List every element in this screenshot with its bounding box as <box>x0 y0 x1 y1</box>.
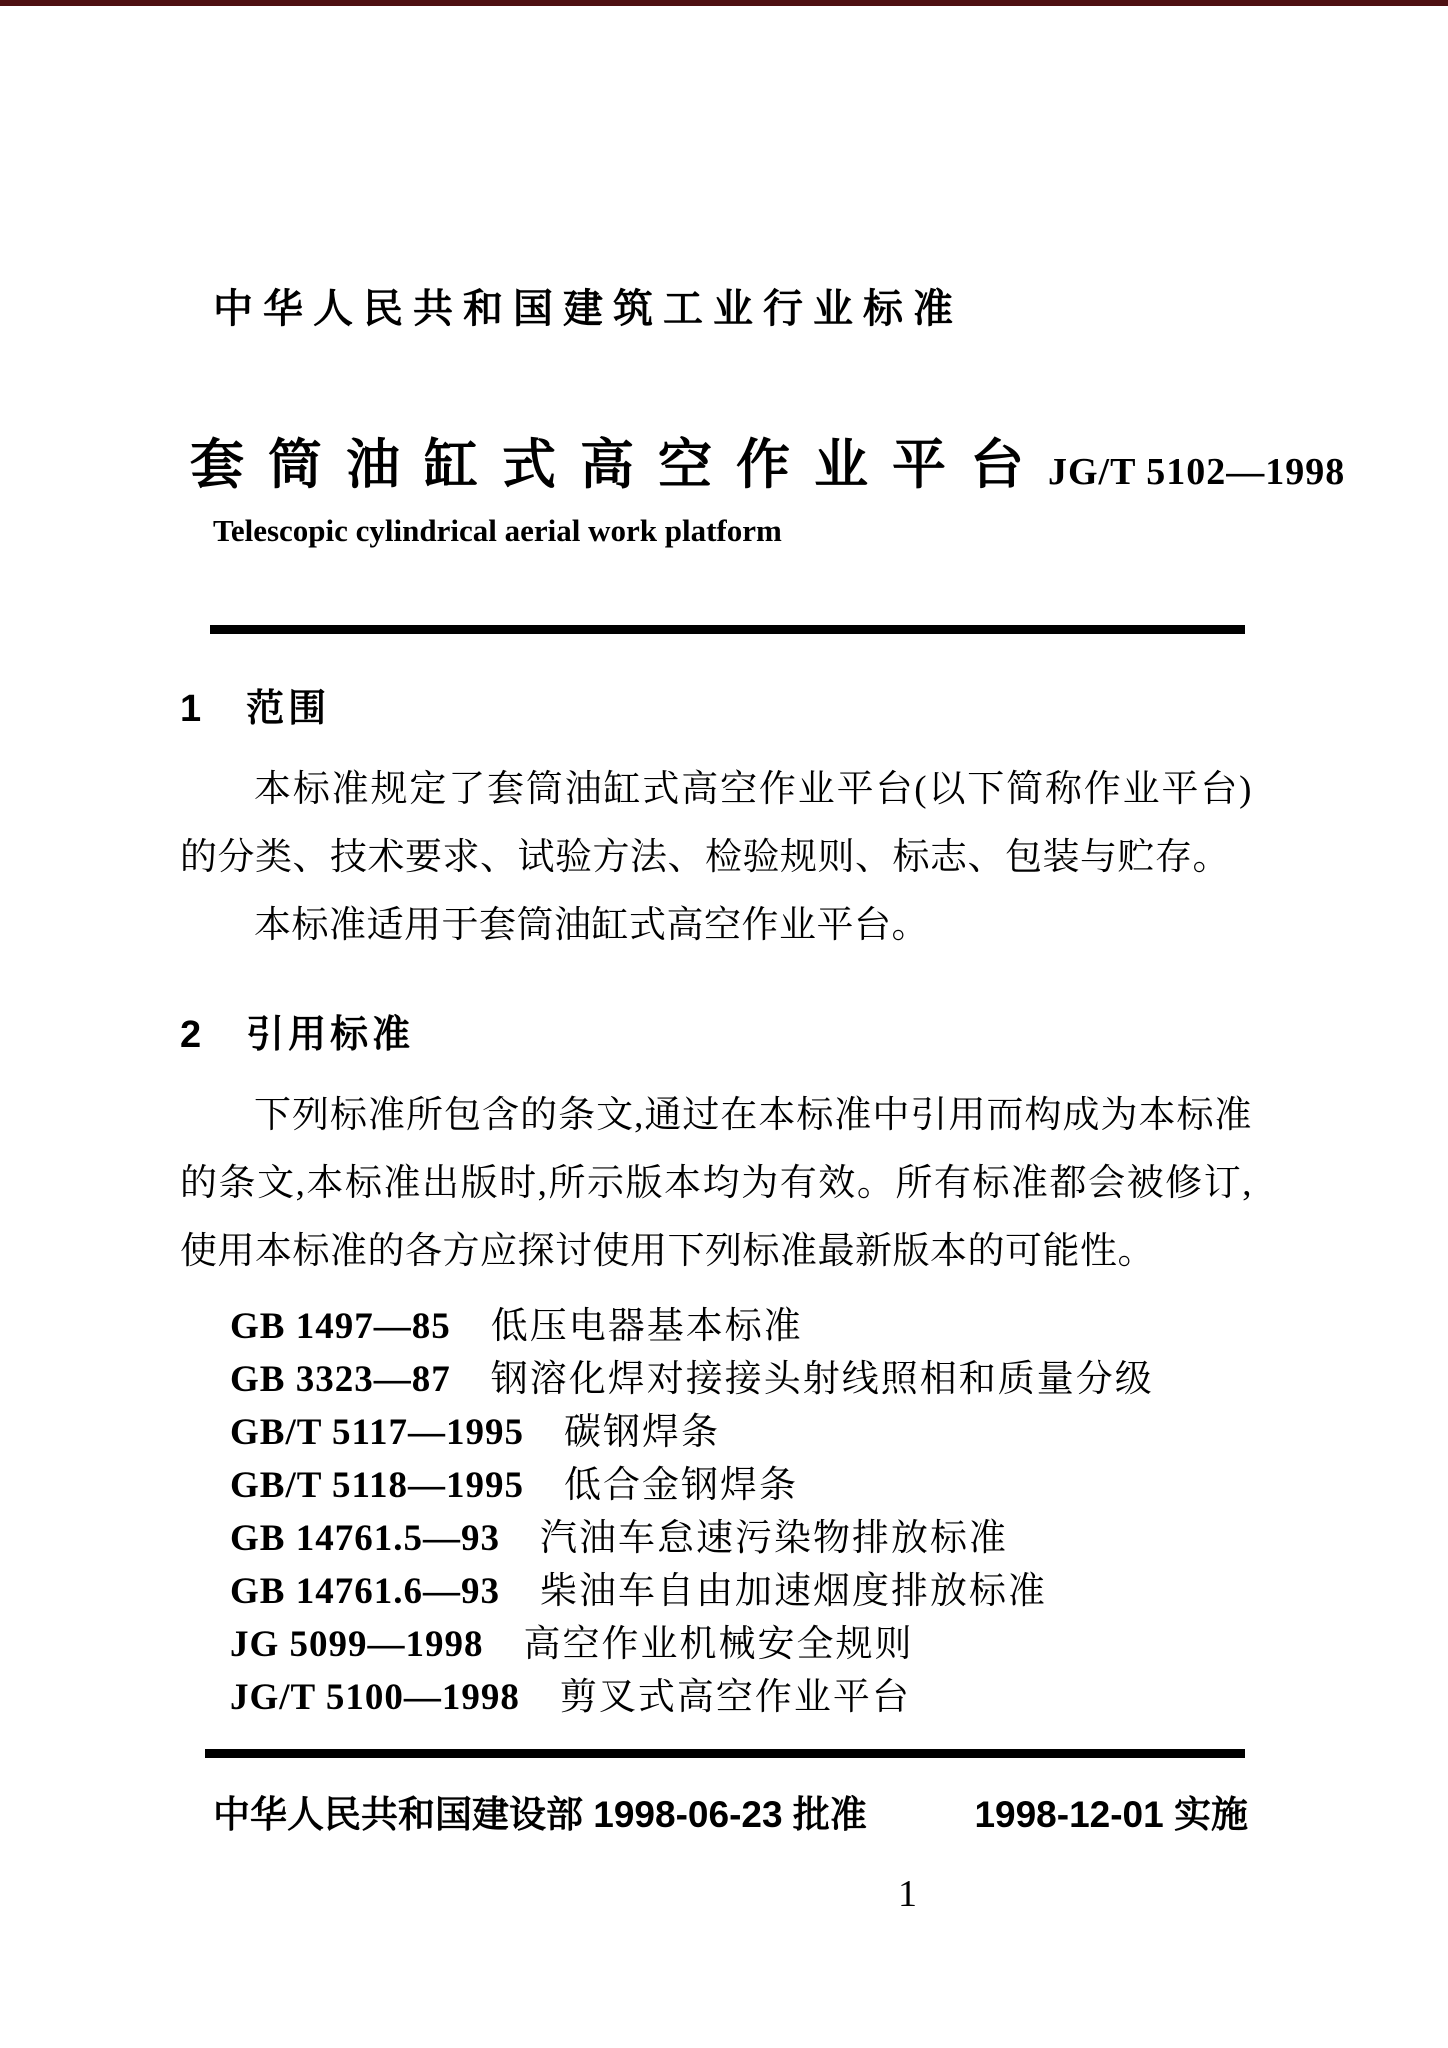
page-number: 1 <box>898 1872 917 1916</box>
page-content: 中华人民共和国建筑工业行业标准 套筒油缸式高空作业平台 JG/T 5102—19… <box>180 0 1252 1838</box>
reference-title: 高空作业机械安全规则 <box>524 1618 914 1671</box>
approval-footer: 中华人民共和国建设部 1998-06-23 批准 1998-12-01 实施 <box>213 1784 1248 1838</box>
scope-paragraph-1: 本标准规定了套筒油缸式高空作业平台(以下简称作业平台)的分类、技术要求、试验方法… <box>180 756 1252 892</box>
reference-item: GB/T 5117—1995 碳钢焊条 <box>230 1406 1252 1459</box>
reference-title: 汽油车怠速污染物排放标准 <box>540 1512 1008 1565</box>
references-intro-paragraph: 下列标准所包含的条文,通过在本标准中引用而构成为本标准的条文,本标准出版时,所示… <box>180 1082 1252 1286</box>
document-title-en: Telescopic cylindrical aerial work platf… <box>213 513 1252 549</box>
reference-title: 碳钢焊条 <box>564 1406 720 1459</box>
reference-list: GB 1497—85 低压电器基本标准 GB 3323—87 钢溶化焊对接接头射… <box>230 1300 1252 1724</box>
reference-item: GB 1497—85 低压电器基本标准 <box>230 1300 1252 1353</box>
reference-code: JG 5099—1998 <box>230 1618 484 1671</box>
reference-code: GB 14761.5—93 <box>230 1512 500 1565</box>
reference-code: GB/T 5117—1995 <box>230 1406 524 1459</box>
header-rule <box>210 625 1245 634</box>
document-page: 中华人民共和国建筑工业行业标准 套筒油缸式高空作业平台 JG/T 5102—19… <box>0 0 1448 2048</box>
reference-item: GB 14761.6—93 柴油车自由加速烟度排放标准 <box>230 1565 1252 1618</box>
footer-rule <box>205 1749 1245 1758</box>
reference-item: GB/T 5118—1995 低合金钢焊条 <box>230 1459 1252 1512</box>
reference-title: 柴油车自由加速烟度排放标准 <box>540 1565 1047 1618</box>
reference-item: JG 5099—1998 高空作业机械安全规则 <box>230 1618 1252 1671</box>
reference-item: GB 3323—87 钢溶化焊对接接头射线照相和质量分级 <box>230 1353 1252 1406</box>
section-1-title: 范围 <box>246 688 330 730</box>
reference-code: GB 1497—85 <box>230 1300 451 1353</box>
document-title-cn: 套筒油缸式高空作业平台 <box>190 422 1048 499</box>
standard-code: JG/T 5102—1998 <box>1048 450 1345 499</box>
section-2-heading: 2 引用标准 <box>180 1014 1252 1056</box>
reference-title: 低合金钢焊条 <box>564 1459 798 1512</box>
reference-item: GB 14761.5—93 汽油车怠速污染物排放标准 <box>230 1512 1252 1565</box>
section-references: 2 引用标准 下列标准所包含的条文,通过在本标准中引用而构成为本标准的条文,本标… <box>180 1014 1252 1724</box>
standard-class-heading: 中华人民共和国建筑工业行业标准 <box>213 277 1252 334</box>
reference-code: JG/T 5100—1998 <box>230 1671 520 1724</box>
title-row: 套筒油缸式高空作业平台 JG/T 5102—1998 <box>190 422 1252 499</box>
reference-title: 剪叉式高空作业平台 <box>560 1671 911 1724</box>
scope-paragraph-2: 本标准适用于套筒油缸式高空作业平台。 <box>180 892 1252 960</box>
reference-code: GB/T 5118—1995 <box>230 1459 524 1512</box>
reference-code: GB 3323—87 <box>230 1353 451 1406</box>
section-scope: 1 范围 本标准规定了套筒油缸式高空作业平台(以下简称作业平台)的分类、技术要求… <box>180 688 1252 960</box>
section-2-number: 2 <box>180 1014 201 1056</box>
section-1-number: 1 <box>180 688 201 730</box>
implementation-text: 1998-12-01 实施 <box>974 1784 1248 1838</box>
reference-code: GB 14761.6—93 <box>230 1565 500 1618</box>
section-1-heading: 1 范围 <box>180 688 1252 730</box>
reference-item: JG/T 5100—1998 剪叉式高空作业平台 <box>230 1671 1252 1724</box>
approval-text: 中华人民共和国建设部 1998-06-23 批准 <box>213 1784 867 1838</box>
reference-title: 低压电器基本标准 <box>491 1300 803 1353</box>
reference-title: 钢溶化焊对接接头射线照相和质量分级 <box>491 1353 1154 1406</box>
section-2-title: 引用标准 <box>246 1014 414 1056</box>
